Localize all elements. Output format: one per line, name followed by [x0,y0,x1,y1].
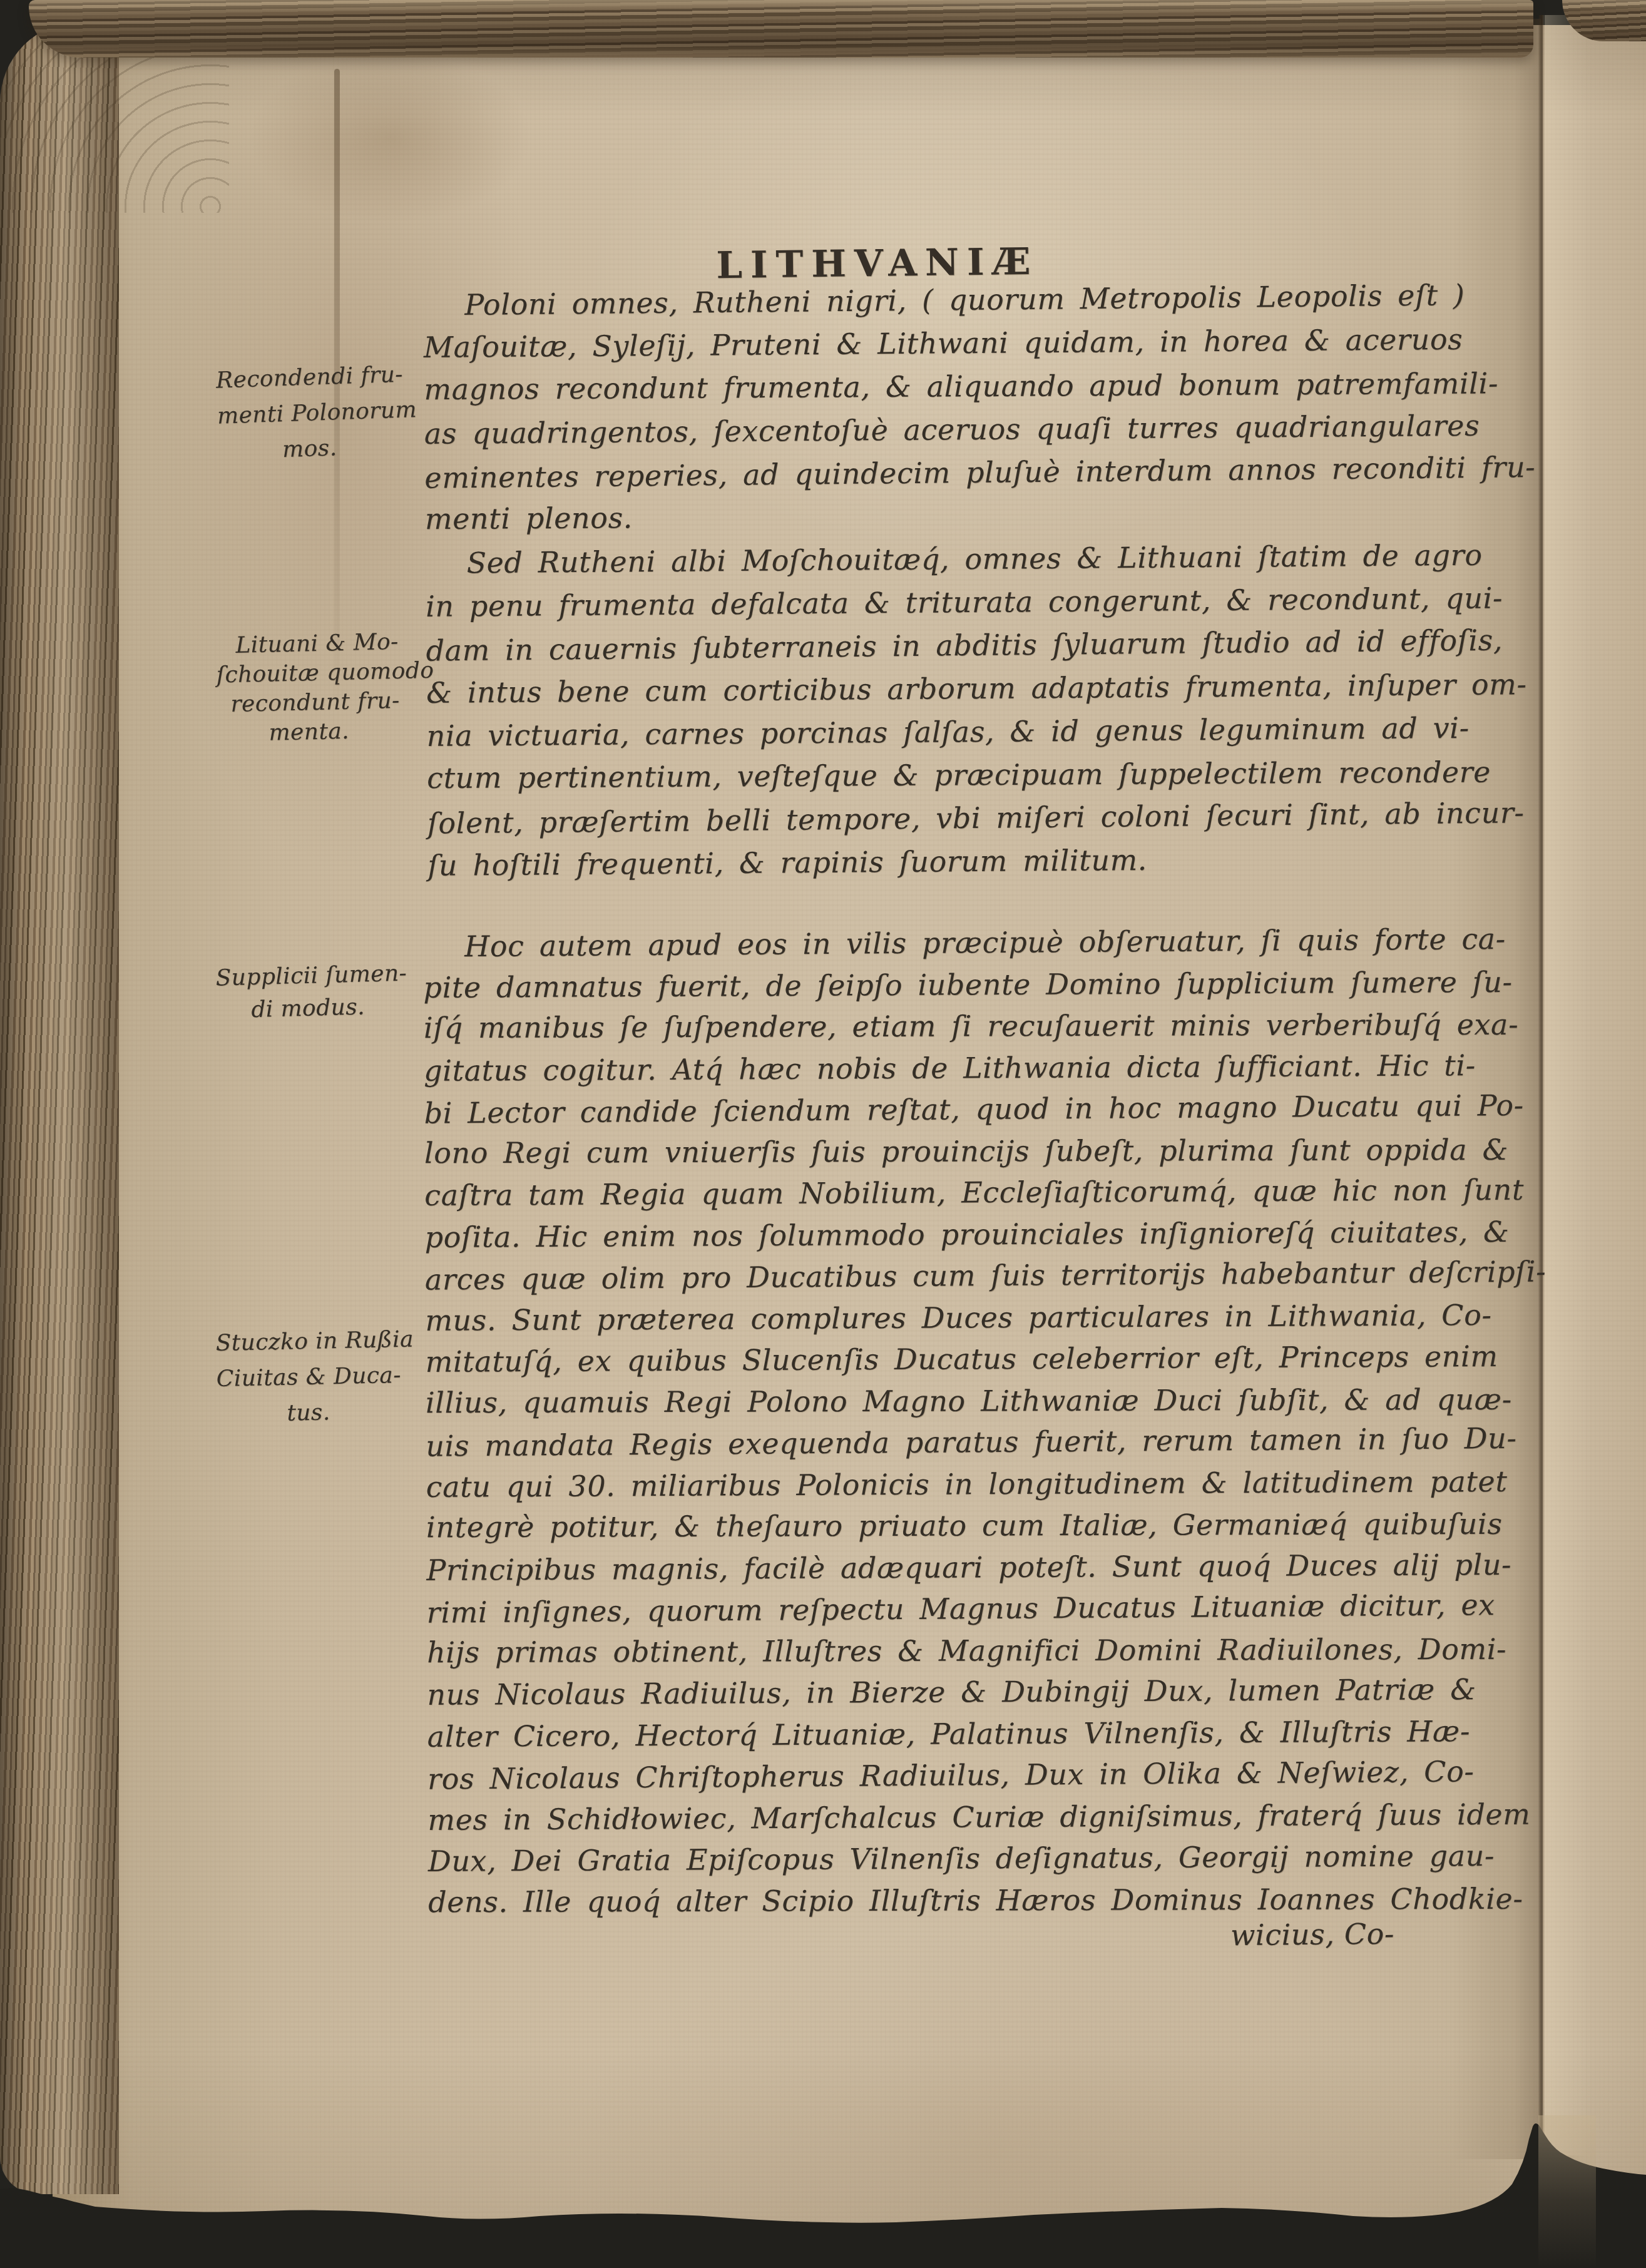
margin-note-line: Lituani & Mo- [215,627,399,661]
page-stack-fore-edge [0,21,119,2194]
margin-note-recondendi: Recondendi fru- menti Polonorum mos. [215,357,402,470]
margin-note-line: Ciuitas & Duca- [216,1357,399,1397]
margin-note-line: Recondendi fru- [215,357,399,399]
body-line: caſtra tam Regia quam Nobilium, Eccleſia… [424,1169,1451,1216]
body-line: lono Regi cum vniuerſis ſuis prouincijs … [424,1129,1451,1174]
body-line: Sed Rutheni albi Moſchouitæq́, omnes & L… [425,534,1451,585]
book-scan: LITHVANIÆ Recondendi fru- menti Polonoru… [0,0,1646,2268]
body-line: mitatuſq́, ex quibus Slucenſis Ducatus c… [425,1336,1451,1382]
body-line: Dux, Dei Gratia Epiſcopus Vilnenſis deſi… [428,1835,1454,1882]
body-line: nia victuaria, carnes porcinas ſalſas, &… [426,707,1453,758]
body-line: Maſouitæ, Syleſij, Pruteni & Lithwani qu… [424,318,1450,369]
margin-note-line: ſchouitæ quomodo [216,656,399,690]
margin-note-line: mos. [218,428,402,470]
body-line: eminentes reperies, ad quindecim pluſuè … [424,446,1451,499]
body-line: Hoc autem apud eos in vilis præcipuè obſ… [423,919,1449,968]
catchword: wicius, Co- [1230,1917,1395,1952]
body-line: mus. Sunt præterea complures Duces parti… [425,1294,1451,1341]
facing-page-edge-glow [1538,2115,1596,2268]
body-line: menti plenos. [425,492,1451,541]
body-line: poſita. Hic enim nos ſolummodo prouincia… [424,1211,1451,1258]
body-line: integrè potitur, & theſauro priuato cum … [426,1503,1453,1548]
body-line: arces quæ olim pro Ducatibus cum ſuis te… [425,1252,1451,1301]
margin-note-lituani: Lituani & Mo- ſchouitæ quomodo recondunt… [215,627,401,749]
body-paragraph-3: Hoc autem apud eos in vilis præcipuè obſ… [423,919,1454,1924]
body-line: gitatus cogitur. Atq́ hæc nobis de Lithw… [424,1045,1450,1091]
margin-note-line: tus. [217,1393,400,1433]
body-line: pite damnatus fuerit, de ſeipſo iubente … [423,961,1449,1008]
body-line: dens. Ille quoq́ alter Scipio Illuſtris … [428,1878,1454,1923]
gutter-highlight [1545,15,1595,2155]
body-line: nus Nicolaus Radiuilus, in Bierze & Dubi… [427,1668,1453,1715]
body-line: ſu hoſtili frequenti, & rapinis ſuorum m… [427,836,1454,887]
body-line: magnos recondunt frumenta, & aliquando a… [424,362,1450,411]
body-paragraphs-1-2: Poloni omnes, Rutheni nigri, ( quorum Me… [423,275,1454,887]
body-line: illius, quamuis Regi Polono Magno Lithwa… [426,1379,1452,1424]
body-line: ctum pertinentium, veſteſque & præcipuam… [427,751,1453,800]
body-line: & intus bene cum corticibus arborum adap… [426,663,1453,715]
page-stack-top-edge [29,0,1533,58]
margin-note-line: recondunt fru- [217,686,400,720]
body-line: hijs primas obtinent, Illuſtres & Magnif… [427,1628,1453,1673]
gutter-crease-line [1538,15,1545,2162]
body-line: uis mandata Regis exequenda paratus fuer… [426,1418,1452,1468]
body-line: iſq́ manibus ſe ſuſpendere, etiam ſi rec… [424,1004,1450,1049]
margin-note-line: Stuczko in Rußia [215,1322,399,1361]
margin-note-line: menti Polonorum [217,392,401,434]
body-line: mes in Schidłowiec, Marſchalcus Curiæ di… [427,1794,1454,1841]
margin-note-stuczko: Stuczko in Rußia Ciuitas & Duca- tus. [215,1322,401,1433]
body-line: ros Nicolaus Chriſtopherus Radiuilus, Du… [427,1751,1454,1801]
margin-note-line: Supplicii ſumen- [215,958,399,995]
body-line: bi Lector candide ſciendum reſtat, quod … [424,1085,1450,1135]
body-line: rimi inſignes, quorum reſpectu Magnus Du… [427,1585,1453,1634]
body-line: catu qui 30. miliaribus Polonicis in lon… [426,1461,1453,1508]
margin-note-line: di modus. [216,990,399,1028]
body-line: Principibus magnis, facilè adæquari pote… [426,1544,1453,1591]
body-line: alter Cicero, Hectorq́ Lituaniæ, Palatin… [427,1710,1454,1757]
margin-note-line: menta. [217,715,401,749]
margin-note-supplicii: Supplicii ſumen- di modus. [215,958,400,1028]
